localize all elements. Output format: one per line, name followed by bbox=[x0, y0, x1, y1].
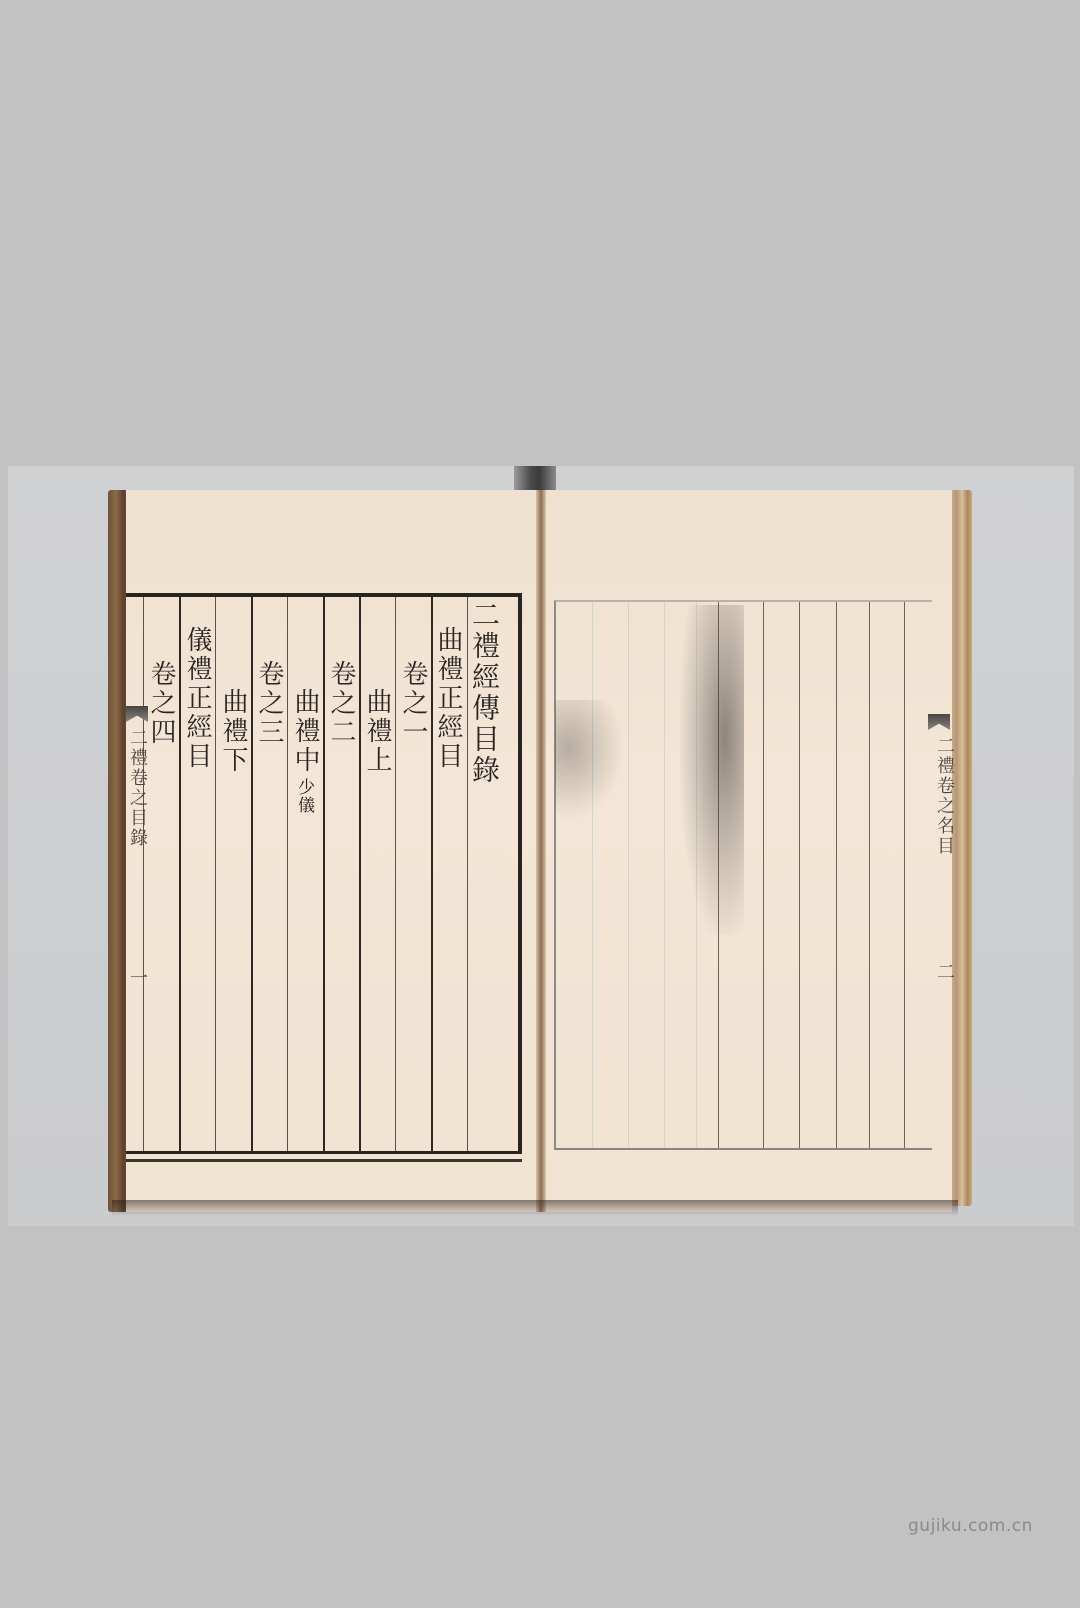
toc-entry: 曲禮下 bbox=[218, 688, 248, 775]
column-rule bbox=[359, 597, 361, 1151]
toc-entry: 卷之一 bbox=[398, 660, 428, 747]
frame-double-rule bbox=[126, 1159, 522, 1162]
margin-label: 二禮卷之名目 bbox=[931, 736, 957, 856]
toc-entry: 卷之四 bbox=[146, 660, 176, 747]
column-rule bbox=[869, 602, 870, 1148]
watermark: gujiku.com.cn bbox=[908, 1516, 1033, 1536]
ink-bleed bbox=[555, 700, 625, 820]
column-rule bbox=[592, 602, 593, 1148]
toc-entry: 曲禮上 bbox=[362, 688, 392, 775]
ink-bleed bbox=[680, 605, 744, 935]
column-rule bbox=[799, 602, 800, 1148]
column-rule bbox=[287, 597, 288, 1151]
margin-page-number: 二 bbox=[931, 962, 957, 982]
column-rule bbox=[251, 597, 253, 1151]
column-rule bbox=[179, 597, 181, 1151]
toc-entry: 曲禮正經目 bbox=[433, 626, 463, 771]
column-rule bbox=[836, 602, 837, 1148]
toc-entry-note: 少儀 bbox=[295, 778, 313, 814]
margin-label: 二禮卷之目錄 bbox=[124, 728, 150, 848]
column-rule bbox=[763, 602, 764, 1148]
book-shadow bbox=[112, 1200, 958, 1216]
column-rule bbox=[395, 597, 396, 1151]
column-rule bbox=[628, 602, 629, 1148]
toc-entry: 卷之二 bbox=[326, 660, 356, 747]
margin-page-number: 一 bbox=[124, 968, 150, 988]
column-rule bbox=[664, 602, 665, 1148]
column-rule bbox=[323, 597, 325, 1151]
column-rule bbox=[215, 597, 216, 1151]
toc-entry: 卷之三 bbox=[254, 660, 284, 747]
toc-entry: 曲禮中 bbox=[290, 688, 320, 775]
toc-title: 二禮經傳目錄 bbox=[469, 600, 499, 786]
column-rule bbox=[904, 602, 905, 1148]
column-rule bbox=[143, 597, 144, 1151]
book-left-edge bbox=[108, 490, 128, 1212]
toc-entry: 儀禮正經目 bbox=[182, 626, 212, 771]
book-gutter bbox=[536, 490, 546, 1212]
